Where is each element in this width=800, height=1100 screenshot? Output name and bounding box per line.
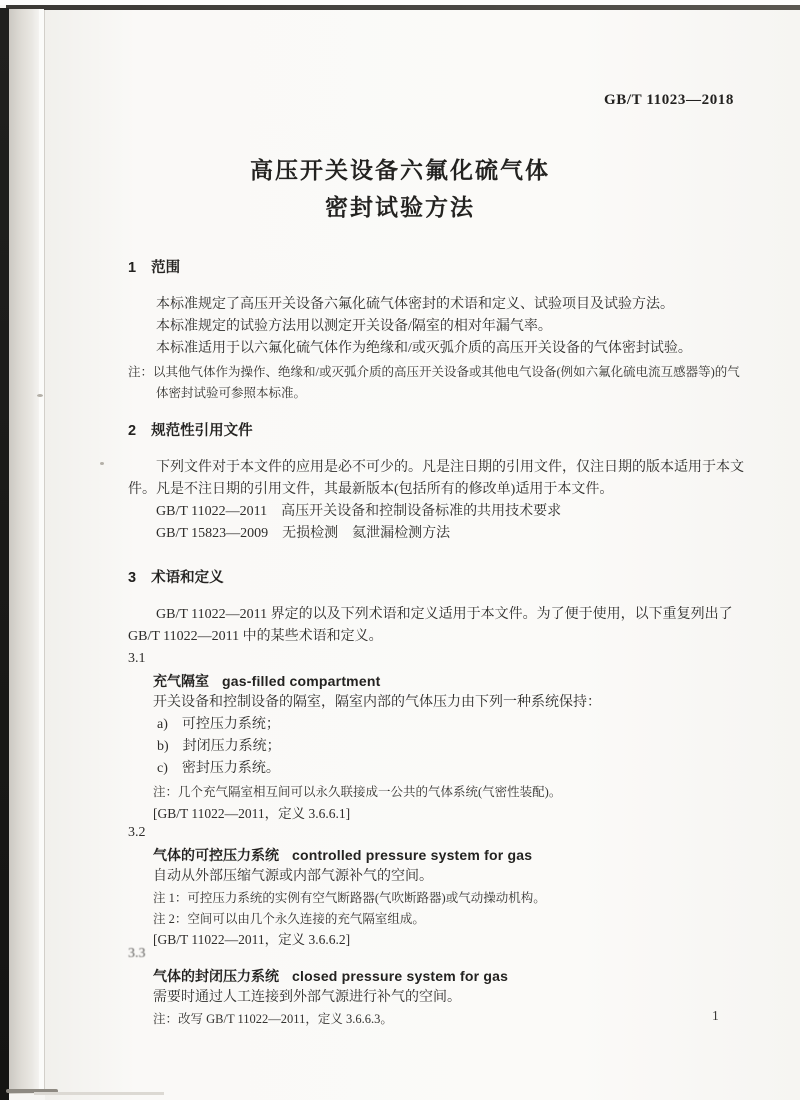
term-english: gas-filled compartment — [222, 673, 380, 689]
page-number: 1 — [712, 1008, 719, 1024]
term-chinese: 气体的封闭压力系统 — [153, 968, 279, 984]
term-english: closed pressure system for gas — [292, 968, 508, 984]
term-3-3: 3.3 气体的封闭压力系统closed pressure system for … — [128, 943, 788, 1030]
list-item: b) 封闭压力系统； — [128, 736, 788, 758]
scan-speck — [37, 394, 43, 397]
term-title: 气体的可控压力系统controlled pressure system for … — [128, 844, 788, 866]
text-line: 下列文件对于本文件的应用是必不可少的。凡是注日期的引用文件，仅注日期的版本适用于… — [128, 457, 788, 479]
reference-item: GB/T 11022—2011 高压开关设备和控制设备标准的共用技术要求 — [128, 501, 788, 523]
section-3-title: 术语和定义 — [151, 570, 224, 586]
section-1-number: 1 — [128, 260, 136, 276]
term-english: controlled pressure system for gas — [292, 847, 532, 863]
text-line: 本标准适用于以六氟化硫气体作为绝缘和/或灭弧介质的高压开关设备的气体密封试验。 — [128, 338, 788, 360]
definition-line: 自动从外部压缩气源或内部气源补气的空间。 — [128, 866, 788, 888]
term-number: 3.1 — [128, 648, 788, 670]
text-line: 本标准规定了高压开关设备六氟化硫气体密封的术语和定义、试验项目及试验方法。 — [128, 294, 788, 316]
section-1-scope: 1范围 本标准规定了高压开关设备六氟化硫气体密封的术语和定义、试验项目及试验方法… — [128, 256, 788, 403]
list-item: a) 可控压力系统； — [128, 714, 788, 736]
note-line: 注 1：可控压力系统的实例有空气断路器(气吹断路器)或气动操动机构。 — [128, 888, 788, 909]
scan-speck — [100, 462, 104, 465]
note-line: 注：以其他气体作为操作、绝缘和/或灭弧介质的高压开关设备或其他电气设备(例如六氟… — [128, 362, 788, 383]
section-2-title: 规范性引用文件 — [151, 423, 253, 439]
section-1-title: 范围 — [151, 260, 180, 276]
document-title-line2: 密封试验方法 — [0, 189, 800, 226]
term-chinese: 气体的可控压力系统 — [153, 847, 279, 863]
section-2-heading: 2规范性引用文件 — [128, 419, 788, 443]
note-line: 注：改写 GB/T 11022—2011，定义 3.6.6.3。 — [128, 1009, 788, 1030]
term-title: 充气隔室gas-filled compartment — [128, 670, 788, 692]
scan-bottom-smudge-light — [34, 1092, 164, 1095]
text-line: GB/T 11022—2011 界定的以及下列术语和定义适用于本文件。为了便于使… — [128, 604, 788, 626]
section-2-normative-references: 2规范性引用文件 下列文件对于本文件的应用是必不可少的。凡是注日期的引用文件，仅… — [128, 419, 788, 545]
term-3-2: 3.2 气体的可控压力系统controlled pressure system … — [128, 822, 788, 950]
section-3-heading: 3术语和定义 — [128, 566, 788, 590]
term-3-1: 3.1 充气隔室gas-filled compartment 开关设备和控制设备… — [128, 648, 788, 824]
text-line: GB/T 11022—2011 中的某些术语和定义。 — [128, 626, 788, 648]
section-1-heading: 1范围 — [128, 256, 788, 280]
document-title-line1: 高压开关设备六氟化硫气体 — [0, 152, 800, 189]
text-line: 件。凡是不注日期的引用文件，其最新版本(包括所有的修改单)适用于本文件。 — [128, 479, 788, 501]
standard-code: GB/T 11023—2018 — [604, 92, 734, 109]
section-3-terms-definitions: 3术语和定义 GB/T 11022—2011 界定的以及下列术语和定义适用于本文… — [128, 566, 788, 648]
term-number: 3.3 — [128, 943, 788, 965]
section-3-number: 3 — [128, 570, 136, 586]
source-reference: [GB/T 11022—2011，定义 3.6.6.1] — [128, 803, 788, 824]
definition-line: 开关设备和控制设备的隔室，隔室内部的气体压力由下列一种系统保持： — [128, 692, 788, 714]
section-2-number: 2 — [128, 423, 136, 439]
list-item: c) 密封压力系统。 — [128, 758, 788, 780]
document-title: 高压开关设备六氟化硫气体 密封试验方法 — [0, 152, 800, 226]
note-line: 体密封试验可参照本标准。 — [128, 383, 788, 404]
term-number: 3.2 — [128, 822, 788, 844]
reference-item: GB/T 15823—2009 无损检测 氦泄漏检测方法 — [128, 523, 788, 545]
text-line: 本标准规定的试验方法用以测定开关设备/隔室的相对年漏气率。 — [128, 316, 788, 338]
note-line: 注 2：空间可以由几个永久连接的充气隔室组成。 — [128, 909, 788, 930]
note-line: 注：几个充气隔室相互间可以永久联接成一公共的气体系统(气密性装配)。 — [128, 782, 788, 803]
term-chinese: 充气隔室 — [153, 673, 209, 689]
term-title: 气体的封闭压力系统closed pressure system for gas — [128, 965, 788, 987]
scanned-standard-page: { "page": { "header_code": "GB/T 11023—2… — [0, 0, 800, 1100]
definition-line: 需要时通过人工连接到外部气源进行补气的空间。 — [128, 987, 788, 1009]
